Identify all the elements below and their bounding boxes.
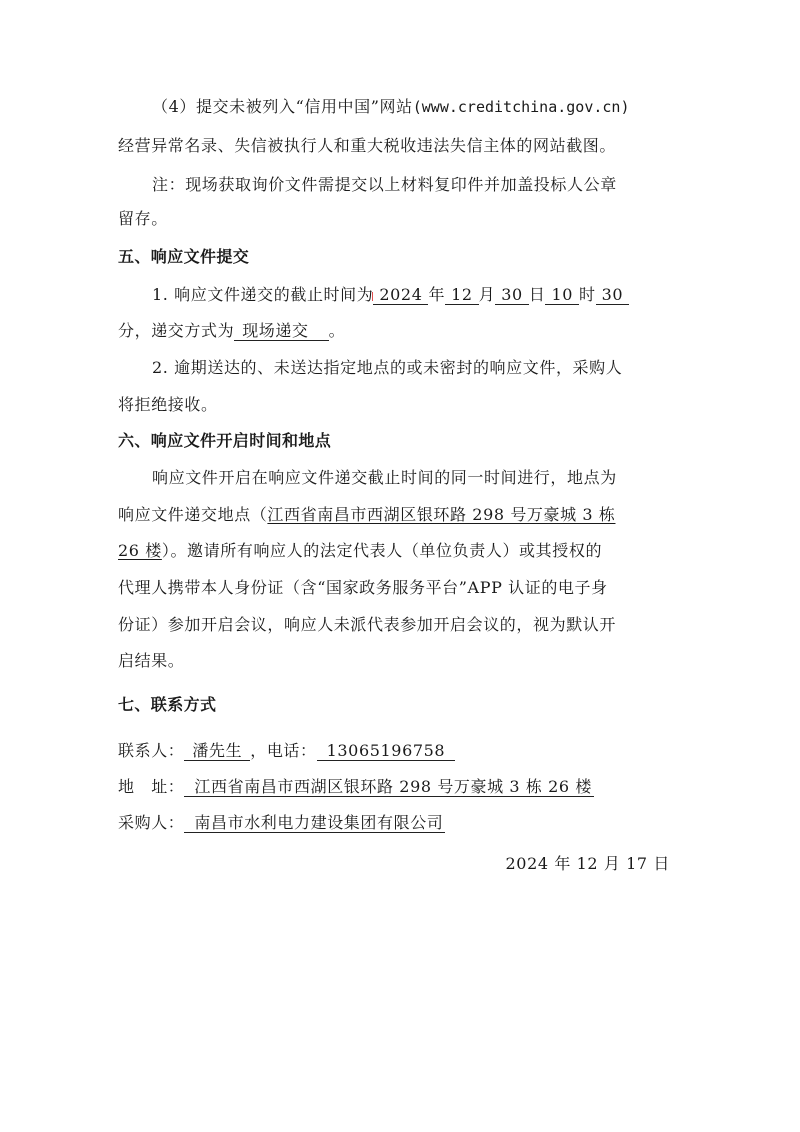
- contact-phone: 13065196758: [317, 742, 456, 761]
- note-line1: 注：现场获取询价文件需提交以上材料复印件并加盖投标人公章: [152, 174, 682, 196]
- deadline-month: 12: [445, 286, 479, 305]
- method-prefix: 分，递交方式为: [118, 321, 234, 340]
- purchaser-name: 南昌市水利电力建设集团有限公司: [184, 814, 445, 833]
- month-unit: 月: [479, 285, 496, 304]
- year-unit: 年: [428, 285, 445, 304]
- address-line: 地 址：江西省南昌市西湖区银环路 298 号万豪城 3 栋 26 楼: [118, 776, 682, 798]
- section6-line5: 份证）参加开启会议，响应人未派代表参加开启会议的，视为默认开: [118, 614, 682, 636]
- purchaser-label: 采购人：: [118, 812, 184, 834]
- day-unit: 日: [529, 285, 546, 304]
- phone-label: ，电话：: [250, 741, 316, 760]
- section5-p2-line1: 2. 逾期送达的、未送达指定地点的或未密封的响应文件，采购人: [152, 357, 682, 379]
- section5-p1-line1: 1. 响应文件递交的截止时间为2024年12月30日10时30: [152, 284, 682, 306]
- section6-line1: 响应文件开启在响应文件递交截止时间的同一时间进行，地点为: [152, 467, 682, 489]
- invitation-text: ）。邀请所有响应人的法定代表人（单位负责人）或其授权的: [162, 541, 602, 560]
- deadline-year: 2024: [373, 286, 428, 305]
- section6-line4: 代理人携带本人身份证（含“国家政务服务平台”APP 认证的电子身: [118, 577, 682, 599]
- note-line2: 留存。: [118, 208, 682, 230]
- section5-p2-line2: 将拒绝接收。: [118, 394, 682, 416]
- method-suffix: 。: [329, 321, 346, 340]
- deadline-hour: 10: [545, 286, 579, 305]
- purchaser-line: 采购人：南昌市水利电力建设集团有限公司: [118, 812, 682, 834]
- section5-p1-line2: 分，递交方式为现场递交。: [118, 320, 682, 342]
- creditchina-url: (www.creditchina.gov.cn): [413, 98, 630, 116]
- item4-line2: 经营异常名录、失信被执行人和重大税收违法失信主体的网站截图。: [118, 135, 682, 157]
- deadline-minute: 30: [596, 286, 630, 305]
- opening-address-part1: 江西省南昌市西湖区银环路 298 号万豪城 3 栋: [267, 505, 615, 524]
- deadline-day: 30: [495, 286, 529, 305]
- submission-method: 现场递交: [234, 322, 328, 341]
- address-label: 地 址：: [118, 776, 184, 798]
- contact-label: 联系人：: [118, 740, 184, 762]
- section6-line2: 响应文件递交地点（江西省南昌市西湖区银环路 298 号万豪城 3 栋: [118, 504, 682, 526]
- contact-address: 江西省南昌市西湖区银环路 298 号万豪城 3 栋 26 楼: [184, 778, 594, 797]
- contact-name: 潘先生: [184, 742, 250, 761]
- document-date: 2024 年 12 月 17 日: [118, 853, 670, 875]
- item4-text: （4）提交未被列入“信用中国”网站: [152, 97, 413, 116]
- contact-line: 联系人：潘先生，电话：13065196758: [118, 740, 682, 762]
- hour-unit: 时: [579, 285, 596, 304]
- location-prefix: 响应文件递交地点（: [118, 505, 267, 524]
- section6-heading: 六、响应文件开启时间和地点: [118, 430, 682, 452]
- deadline-prefix: 1. 响应文件递交的截止时间为: [152, 285, 373, 304]
- section6-line6: 启结果。: [118, 650, 682, 672]
- document-page: （4）提交未被列入“信用中国”网站(www.creditchina.gov.cn…: [0, 0, 800, 1132]
- section5-heading: 五、响应文件提交: [118, 246, 682, 268]
- section7-heading: 七、联系方式: [118, 694, 682, 716]
- section6-line3: 26 楼）。邀请所有响应人的法定代表人（单位负责人）或其授权的: [118, 540, 682, 562]
- opening-address-part2: 26 楼: [118, 541, 162, 560]
- item4-line1: （4）提交未被列入“信用中国”网站(www.creditchina.gov.cn…: [152, 96, 682, 118]
